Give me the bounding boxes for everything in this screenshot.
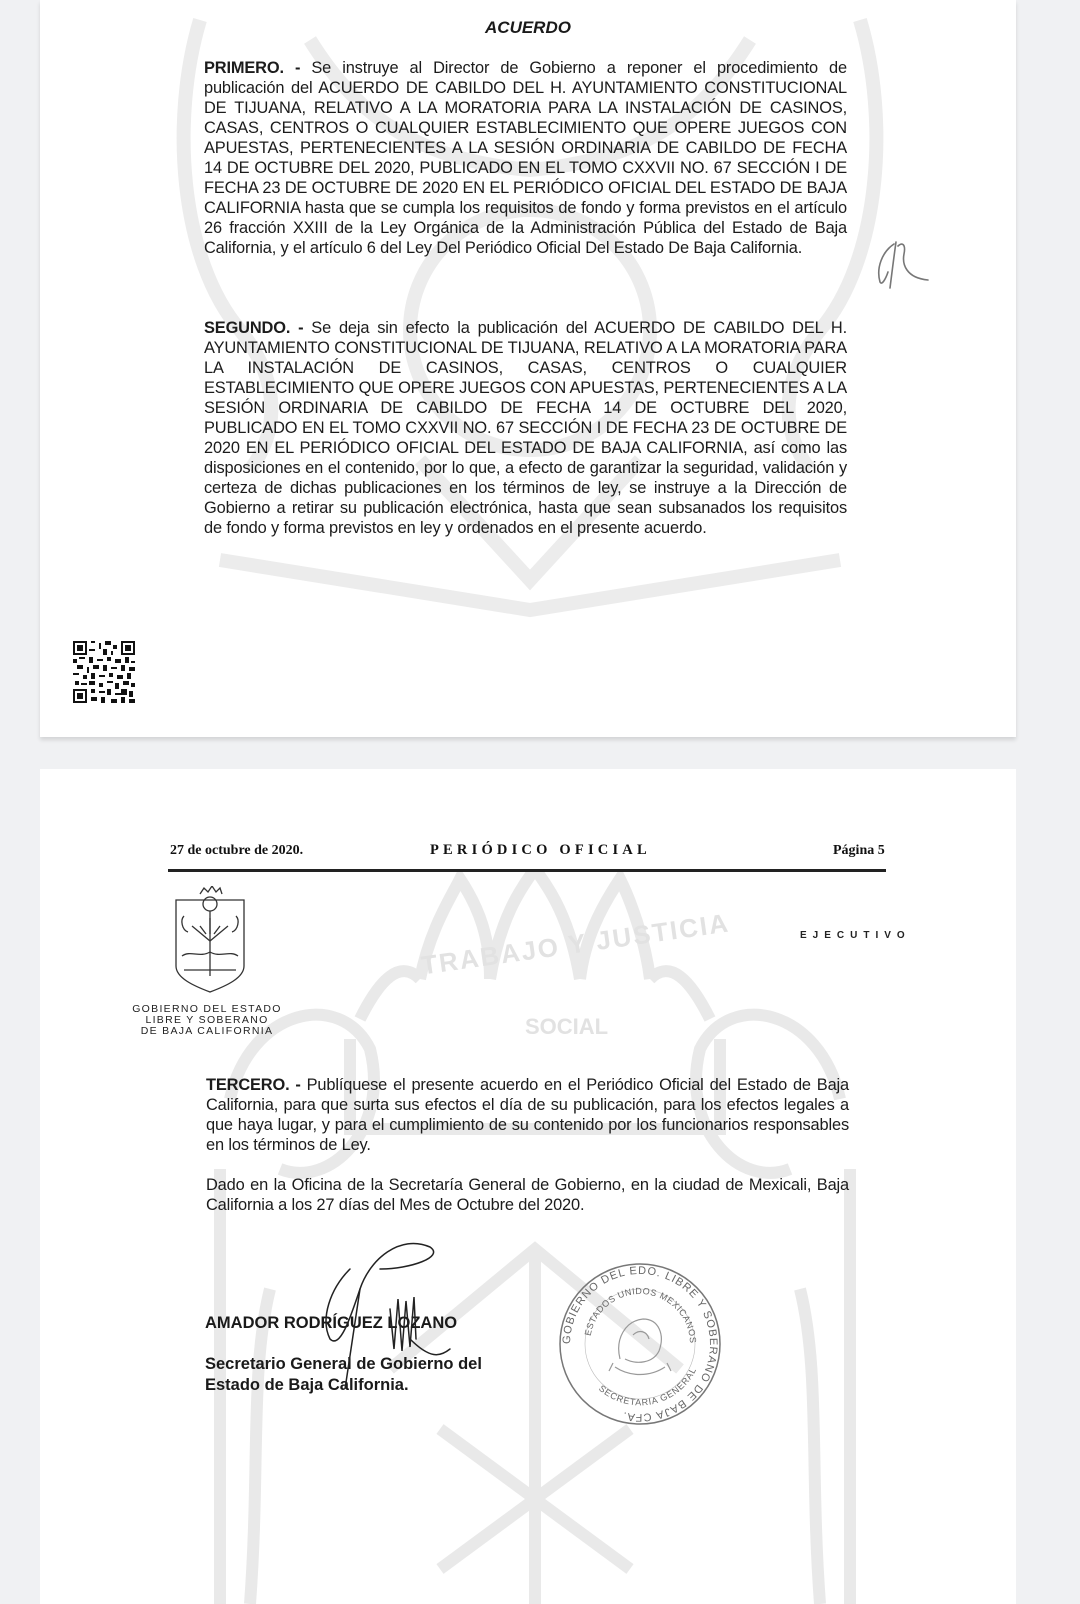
state-coat-of-arms-watermark: TRABAJO Y JUSTICIA SOCIAL [190,869,880,1604]
handwritten-signature-icon [290,1239,470,1389]
handwritten-initials-icon [872,238,942,290]
primero-text: Se instruye al Director de Gobierno a re… [204,59,847,257]
government-label-line-3: DE BAJA CALIFORNIA [132,1026,282,1037]
seal-inner-text: ESTADOS UNIDOS MEXICANOS [583,1286,698,1344]
document-page-2: TRABAJO Y JUSTICIA SOCIAL 27 de octubre … [40,769,1016,1604]
watermark-motto-top: TRABAJO Y JUSTICIA [419,908,731,982]
section-label: EJECUTIVO [800,930,911,941]
official-seal-icon: GOBIERNO DEL EDO. LIBRE Y SOBERANO DE BA… [555,1259,725,1429]
qr-code-icon [73,641,135,703]
dado-paragraph: Dado en la Oficina de la Secretaría Gene… [206,1175,849,1215]
primero-paragraph: PRIMERO. - Se instruye al Director de Go… [204,58,847,258]
header-rule [168,869,886,872]
publication-title: PERIÓDICO OFICIAL [430,842,651,859]
baja-california-shield-icon [170,886,250,994]
document-page-1: ACUERDO PRIMERO. - Se instruye al Direct… [40,0,1016,737]
government-label: GOBIERNO DEL ESTADO LIBRE Y SOBERANO DE … [132,1004,282,1037]
tercero-label: TERCERO. - [206,1076,301,1094]
svg-text:ESTADOS UNIDOS MEXICANOS: ESTADOS UNIDOS MEXICANOS [583,1286,698,1344]
agreement-heading: ACUERDO [40,18,1016,38]
page-number: Página 5 [833,843,885,859]
segundo-text: Se deja sin efecto la publicación del AC… [204,319,847,537]
segundo-label: SEGUNDO. - [204,319,303,337]
segundo-paragraph: SEGUNDO. - Se deja sin efecto la publica… [204,318,847,538]
publication-date: 27 de octubre de 2020. [170,843,303,859]
tercero-text: Publíquese el presente acuerdo en el Per… [206,1076,849,1154]
watermark-motto-bottom: SOCIAL [525,1014,608,1040]
tercero-paragraph: TERCERO. - Publíquese el presente acuerd… [206,1075,849,1155]
primero-label: PRIMERO. - [204,59,300,77]
